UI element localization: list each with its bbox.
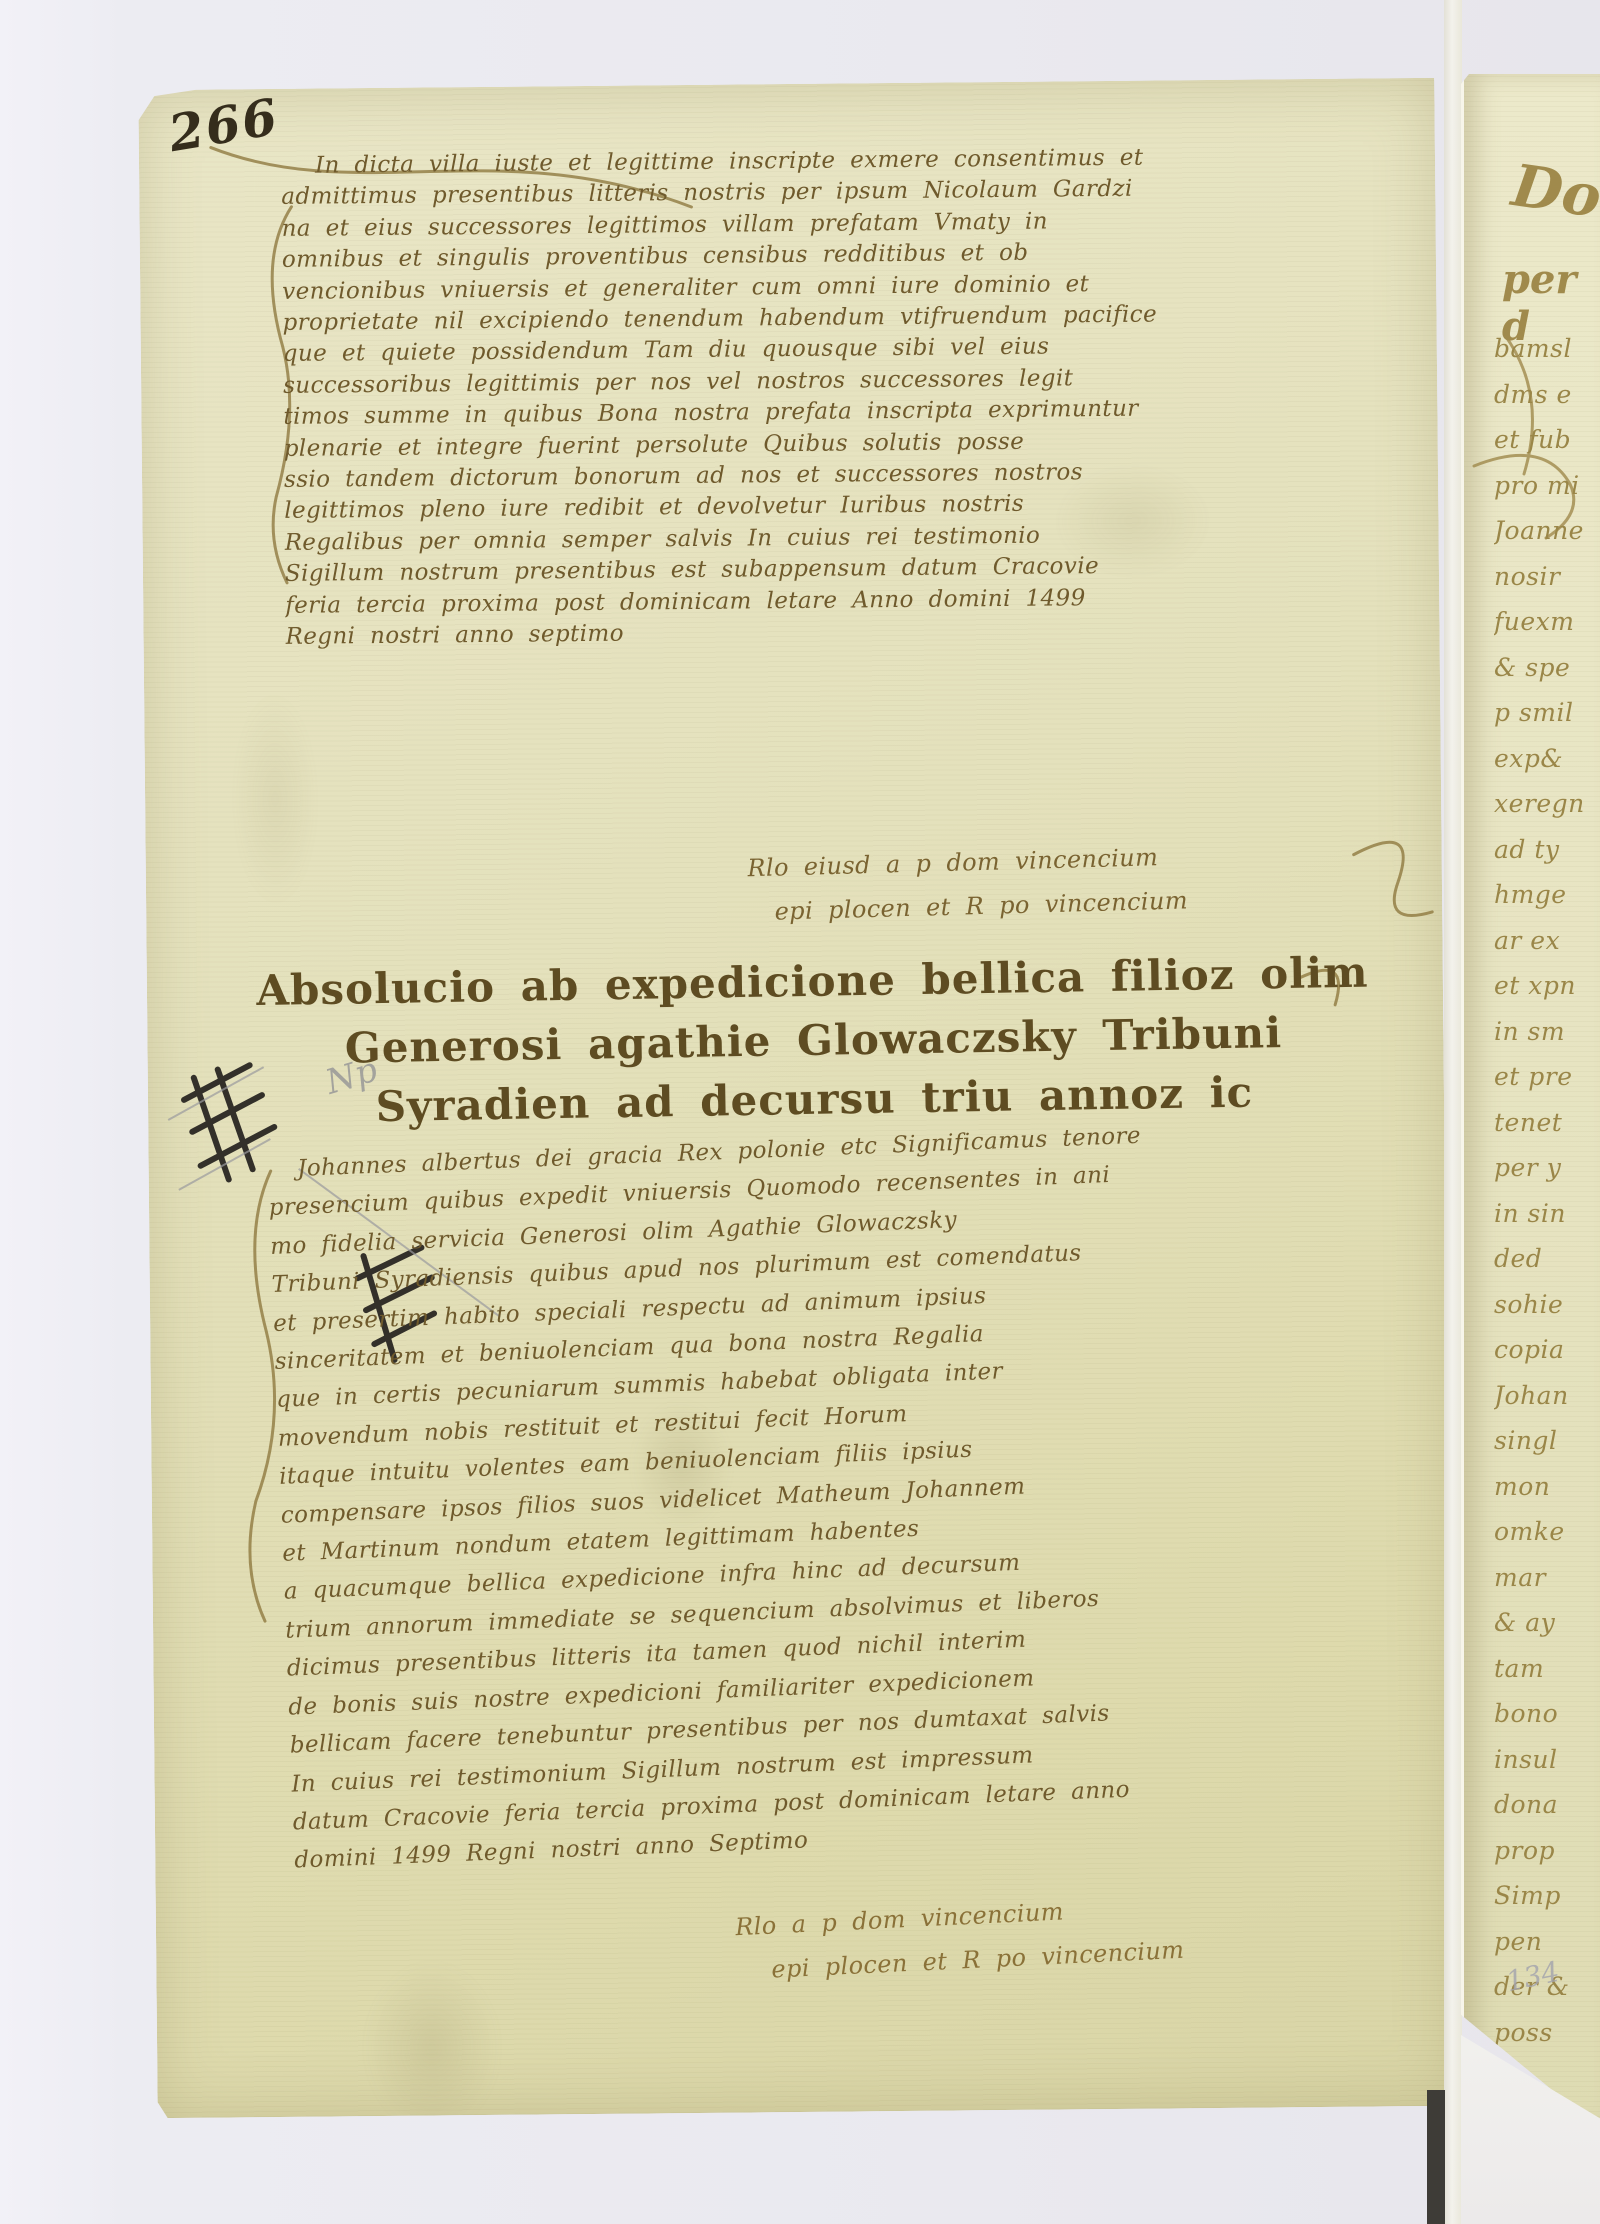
text-fragment: pro mi bbox=[1494, 463, 1585, 509]
text-fragment: dms e bbox=[1494, 372, 1585, 418]
chancery-subscription-1: Rlo eiusd a p dom vincenciumepi plocen e… bbox=[747, 834, 1189, 934]
chancery-subscription-2: Rlo a p dom vincenciumepi plocen et R po… bbox=[734, 1884, 1185, 1993]
text-fragment: in sin bbox=[1494, 1191, 1585, 1237]
text-fragment: in sm bbox=[1494, 1009, 1585, 1055]
text-fragment: tenet bbox=[1494, 1100, 1585, 1146]
text-fragment: et fub bbox=[1494, 417, 1585, 463]
rubric-heading: Absolucio ab expedicione bellica filioz … bbox=[242, 942, 1385, 1138]
text-fragment: & spe bbox=[1494, 645, 1585, 691]
text-fragment: Johan bbox=[1494, 1373, 1585, 1419]
text-fragment: tam bbox=[1494, 1646, 1585, 1692]
paragraph-2: Johannes albertus dei gracia Rex polonie… bbox=[266, 1106, 1444, 1880]
text-fragment: xeregn bbox=[1494, 781, 1585, 827]
text-fragment: Joanne bbox=[1494, 508, 1585, 554]
right-page-heading: Don bbox=[1508, 151, 1600, 237]
manuscript-scan: { "colors": { "background": "#eae9ef", "… bbox=[0, 0, 1600, 2224]
text-fragment: ad ty bbox=[1494, 827, 1585, 873]
text-fragment: poss bbox=[1494, 2010, 1585, 2056]
spine-shadow bbox=[1427, 2090, 1445, 2224]
right-page-line-fragments: bamsldms eet fubpro miJoannenosirfuexm& … bbox=[1494, 326, 1585, 2055]
subscription1-flourish bbox=[1354, 842, 1433, 916]
text-fragment: sohie bbox=[1494, 1282, 1585, 1328]
text-fragment: et xpn bbox=[1494, 963, 1585, 1009]
text-fragment: p smil bbox=[1494, 690, 1585, 736]
text-fragment: bono bbox=[1494, 1691, 1585, 1737]
paper-stain bbox=[214, 648, 337, 949]
text-fragment: prop bbox=[1494, 1828, 1585, 1874]
text-fragment: dona bbox=[1494, 1782, 1585, 1828]
folio-number: 266 bbox=[165, 87, 284, 163]
text-fragment: singl bbox=[1494, 1418, 1585, 1464]
text-fragment: exp& bbox=[1494, 736, 1585, 782]
text-fragment: insul bbox=[1494, 1737, 1585, 1783]
text-fragment: Simp bbox=[1494, 1873, 1585, 1919]
text-fragment: & ay bbox=[1494, 1600, 1585, 1646]
text-fragment: per y bbox=[1494, 1145, 1585, 1191]
text-fragment: mon bbox=[1494, 1464, 1585, 1510]
text-fragment: hmge bbox=[1494, 872, 1585, 918]
paragraph-1: In dicta villa iuste et legittime inscri… bbox=[281, 140, 1404, 653]
text-fragment: copia bbox=[1494, 1327, 1585, 1373]
text-fragment: omke bbox=[1494, 1509, 1585, 1555]
paper-stain bbox=[336, 1927, 528, 2169]
text-fragment: ar ex bbox=[1494, 918, 1585, 964]
manuscript-page-right: Don per d bamsldms eet fubpro miJoanneno… bbox=[1461, 74, 1600, 2132]
text-fragment: nosir bbox=[1494, 554, 1585, 600]
text-fragment: mar bbox=[1494, 1555, 1585, 1601]
text-fragment: et pre bbox=[1494, 1054, 1585, 1100]
binding-gap bbox=[1444, 0, 1462, 2224]
text-fragment: ded bbox=[1494, 1236, 1585, 1282]
text-fragment: bamsl bbox=[1494, 326, 1585, 372]
text-fragment: fuexm bbox=[1494, 599, 1585, 645]
manuscript-page-left: 266 Np In dicta villa iuste et legittime… bbox=[138, 78, 1453, 2118]
